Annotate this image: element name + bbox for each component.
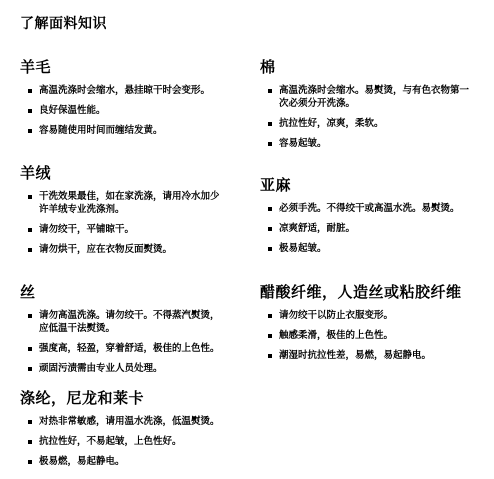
bullet-text: 干洗效果最佳，如在家洗涤，请用冷水加少许羊绒专业洗涤剂。 bbox=[39, 191, 220, 215]
bullet-text: 高温洗涤时会缩水，悬挂晾干时会变形。 bbox=[39, 85, 210, 96]
bullet-text: 抗拉性好，凉爽，柔软。 bbox=[279, 118, 384, 129]
section-silk: 丝 请勿高温洗涤。请勿绞干。不得蒸汽熨烫，应低温干法熨烫。 强度高，轻盈，穿着舒… bbox=[20, 285, 224, 382]
list-item: 极易燃，易起静电。 bbox=[20, 455, 224, 468]
bullet-text: 顽固污渍需由专业人员处理。 bbox=[39, 363, 163, 374]
bullet-square-icon bbox=[28, 314, 32, 318]
bullet-square-icon bbox=[28, 440, 32, 444]
list-item: 请勿绞干以防止衣服变形。 bbox=[260, 309, 474, 322]
bullet-text: 请勿绞干以防止衣服变形。 bbox=[279, 310, 393, 321]
bullet-square-icon bbox=[268, 334, 272, 338]
bullet-list: 干洗效果最佳，如在家洗涤，请用冷水加少许羊绒专业洗涤剂。 请勿绞干，平铺晾干。 … bbox=[20, 190, 224, 256]
list-item: 对热非常敏感，请用温水洗涤，低温熨烫。 bbox=[20, 415, 224, 428]
bullet-list: 对热非常敏感，请用温水洗涤，低温熨烫。 抗拉性好，不易起皱，上色性好。 极易燃，… bbox=[20, 415, 224, 468]
bullet-square-icon bbox=[268, 247, 272, 251]
list-item: 极易起皱。 bbox=[260, 242, 474, 255]
list-item: 触感柔滑，极佳的上色性。 bbox=[260, 329, 474, 342]
bullet-square-icon bbox=[268, 89, 272, 93]
bullet-square-icon bbox=[268, 207, 272, 211]
section-heading-linen: 亚麻 bbox=[260, 178, 474, 194]
bullet-list: 高温洗涤时会缩水，悬挂晾干时会变形。 良好保温性能。 容易随使用时间而缠结发黄。 bbox=[20, 84, 224, 137]
bullet-square-icon bbox=[268, 122, 272, 126]
list-item: 高温洗涤时会缩水。易熨烫，与有色衣物第一次必须分开洗涤。 bbox=[260, 84, 474, 110]
bullet-text: 对热非常敏感，请用温水洗涤，低温熨烫。 bbox=[39, 416, 220, 427]
bullet-text: 必须手洗。不得绞干或高温水洗。易熨烫。 bbox=[279, 203, 460, 214]
bullet-text: 触感柔滑，极佳的上色性。 bbox=[279, 330, 393, 341]
section-heading-silk: 丝 bbox=[20, 285, 224, 301]
bullet-text: 强度高，轻盈，穿着舒适，极佳的上色性。 bbox=[39, 343, 220, 354]
list-item: 良好保温性能。 bbox=[20, 104, 224, 117]
bullet-list: 必须手洗。不得绞干或高温水洗。易熨烫。 凉爽舒适，耐脏。 极易起皱。 bbox=[260, 202, 474, 255]
bullet-text: 请勿高温洗涤。请勿绞干。不得蒸汽熨烫，应低温干法熨烫。 bbox=[39, 310, 220, 334]
bullet-text: 潮湿时抗拉性差，易燃，易起静电。 bbox=[279, 350, 431, 361]
section-heading-cashmere: 羊绒 bbox=[20, 166, 224, 182]
bullet-text: 抗拉性好，不易起皱，上色性好。 bbox=[39, 436, 182, 447]
section-linen: 亚麻 必须手洗。不得绞干或高温水洗。易熨烫。 凉爽舒适，耐脏。 极易起皱。 bbox=[260, 178, 474, 262]
list-item: 请勿绞干，平铺晾干。 bbox=[20, 223, 224, 236]
bullet-square-icon bbox=[268, 227, 272, 231]
list-item: 干洗效果最佳，如在家洗涤，请用冷水加少许羊绒专业洗涤剂。 bbox=[20, 190, 224, 216]
bullet-square-icon bbox=[28, 420, 32, 424]
section-heading-polyester-nylon-lycra: 涤纶，尼龙和莱卡 bbox=[20, 391, 224, 407]
list-item: 高温洗涤时会缩水，悬挂晾干时会变形。 bbox=[20, 84, 224, 97]
section-cashmere: 羊绒 干洗效果最佳，如在家洗涤，请用冷水加少许羊绒专业洗涤剂。 请勿绞干，平铺晾… bbox=[20, 166, 224, 263]
bullet-text: 极易燃，易起静电。 bbox=[39, 456, 125, 467]
bullet-square-icon bbox=[268, 354, 272, 358]
section-acetate-rayon-viscose: 醋酸纤维，人造丝或粘胶纤维 请勿绞干以防止衣服变形。 触感柔滑，极佳的上色性。 … bbox=[260, 285, 474, 369]
bullet-square-icon bbox=[268, 314, 272, 318]
list-item: 潮湿时抗拉性差，易燃，易起静电。 bbox=[260, 349, 474, 362]
list-item: 抗拉性好，凉爽，柔软。 bbox=[260, 117, 474, 130]
bullet-text: 请勿绞干，平铺晾干。 bbox=[39, 224, 134, 235]
bullet-square-icon bbox=[268, 142, 272, 146]
bullet-text: 容易随使用时间而缠结发黄。 bbox=[39, 125, 163, 136]
section-wool: 羊毛 高温洗涤时会缩水，悬挂晾干时会变形。 良好保温性能。 容易随使用时间而缠结… bbox=[20, 60, 224, 144]
bullet-list: 高温洗涤时会缩水。易熨烫，与有色衣物第一次必须分开洗涤。 抗拉性好，凉爽，柔软。… bbox=[260, 84, 474, 150]
section-heading-cotton: 棉 bbox=[260, 60, 474, 76]
list-item: 凉爽舒适，耐脏。 bbox=[260, 222, 474, 235]
bullet-list: 请勿绞干以防止衣服变形。 触感柔滑，极佳的上色性。 潮湿时抗拉性差，易燃，易起静… bbox=[260, 309, 474, 362]
list-item: 请勿高温洗涤。请勿绞干。不得蒸汽熨烫，应低温干法熨烫。 bbox=[20, 309, 224, 335]
bullet-square-icon bbox=[28, 129, 32, 133]
bullet-square-icon bbox=[28, 195, 32, 199]
bullet-square-icon bbox=[28, 89, 32, 93]
bullet-text: 请勿烘干，应在衣物反面熨烫。 bbox=[39, 244, 172, 255]
section-polyester-nylon-lycra: 涤纶，尼龙和莱卡 对热非常敏感，请用温水洗涤，低温熨烫。 抗拉性好，不易起皱，上… bbox=[20, 391, 224, 475]
page-title: 了解面料知识 bbox=[20, 15, 107, 32]
list-item: 强度高，轻盈，穿着舒适，极佳的上色性。 bbox=[20, 342, 224, 355]
bullet-text: 凉爽舒适，耐脏。 bbox=[279, 223, 355, 234]
bullet-square-icon bbox=[28, 460, 32, 464]
bullet-square-icon bbox=[28, 367, 32, 371]
bullet-text: 良好保温性能。 bbox=[39, 105, 106, 116]
bullet-square-icon bbox=[28, 347, 32, 351]
bullet-list: 请勿高温洗涤。请勿绞干。不得蒸汽熨烫，应低温干法熨烫。 强度高，轻盈，穿着舒适，… bbox=[20, 309, 224, 375]
section-cotton: 棉 高温洗涤时会缩水。易熨烫，与有色衣物第一次必须分开洗涤。 抗拉性好，凉爽，柔… bbox=[260, 60, 474, 157]
bullet-text: 极易起皱。 bbox=[279, 243, 327, 254]
fabric-knowledge-page: 了解面料知识 羊毛 高温洗涤时会缩水，悬挂晾干时会变形。 良好保温性能。 容易随… bbox=[0, 0, 494, 479]
bullet-square-icon bbox=[28, 109, 32, 113]
list-item: 容易起皱。 bbox=[260, 137, 474, 150]
bullet-square-icon bbox=[28, 228, 32, 232]
bullet-text: 高温洗涤时会缩水。易熨烫，与有色衣物第一次必须分开洗涤。 bbox=[279, 85, 469, 109]
list-item: 必须手洗。不得绞干或高温水洗。易熨烫。 bbox=[260, 202, 474, 215]
list-item: 抗拉性好，不易起皱，上色性好。 bbox=[20, 435, 224, 448]
list-item: 请勿烘干，应在衣物反面熨烫。 bbox=[20, 243, 224, 256]
bullet-square-icon bbox=[28, 248, 32, 252]
list-item: 顽固污渍需由专业人员处理。 bbox=[20, 362, 224, 375]
section-heading-acetate-rayon-viscose: 醋酸纤维，人造丝或粘胶纤维 bbox=[260, 285, 474, 301]
bullet-text: 容易起皱。 bbox=[279, 138, 327, 149]
list-item: 容易随使用时间而缠结发黄。 bbox=[20, 124, 224, 137]
section-heading-wool: 羊毛 bbox=[20, 60, 224, 76]
